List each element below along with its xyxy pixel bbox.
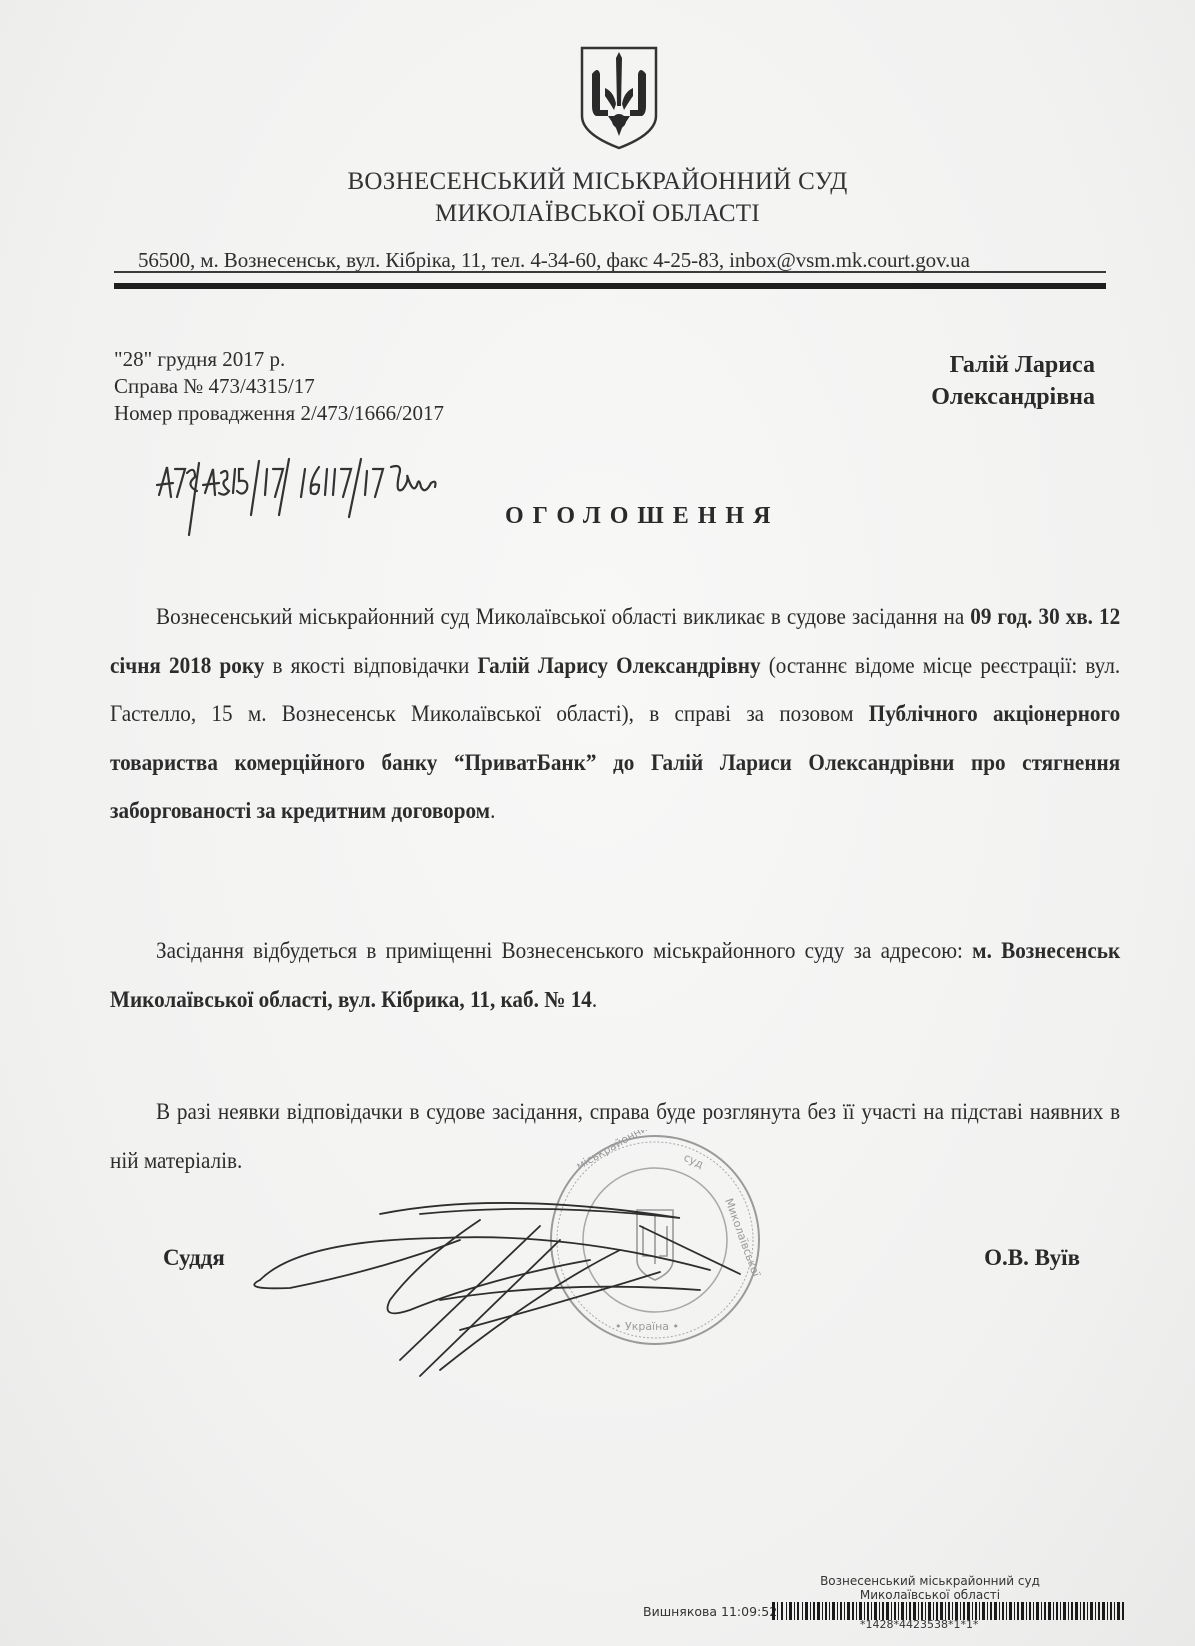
case-number: Справа № 473/4315/17	[114, 373, 444, 400]
recipient-name-line2: Олександрівна	[931, 381, 1095, 413]
trident-emblem-icon	[578, 44, 660, 152]
court-name-line1: ВОЗНЕСЕНСЬКИЙ МІСЬКРАЙОННИЙ СУД	[0, 166, 1195, 198]
footer-court-line1: Вознесенський міськрайонний суд	[780, 1574, 1080, 1588]
proceeding-number: Номер провадження 2/473/1666/2017	[114, 400, 444, 427]
summons-text: в якості відповідачки	[264, 653, 477, 678]
handwritten-outgoing-number: 473/4315/17/ 16117/17 вих	[155, 455, 485, 540]
summons-text: Вознесенський міськрайонний суд Миколаїв…	[156, 604, 970, 629]
letterhead-rule-thin	[114, 271, 1106, 273]
notice-paragraph-location: Засідання відбудеться в приміщенні Возне…	[110, 927, 1120, 1024]
judge-name: О.В. Вуїв	[984, 1245, 1080, 1271]
letterhead-rule-thick	[114, 283, 1106, 289]
footer-clerk-time: Вишнякова 11:09:52	[643, 1604, 777, 1619]
notice-paragraph-summons: Вознесенський міськрайонний суд Миколаїв…	[110, 593, 1120, 836]
court-address: 56500, м. Вознесенськ, вул. Кібріка, 11,…	[138, 248, 970, 273]
judge-label: Суддя	[163, 1245, 225, 1271]
document-date: "28" грудня 2017 р.	[114, 346, 444, 373]
recipient-block: Галій Лариса Олександрівна	[931, 349, 1095, 413]
location-text: .	[592, 987, 597, 1012]
location-text: Засідання відбудеться в приміщенні Возне…	[156, 938, 972, 963]
judge-signature	[240, 1180, 800, 1380]
document-meta: "28" грудня 2017 р. Справа № 473/4315/17…	[114, 346, 444, 427]
barcode-number: *1428*4423538*1*1*	[860, 1618, 978, 1628]
defendant-name: Галій Ларису Олександрівну	[478, 653, 761, 678]
footer-court-line2: Миколаївської області	[780, 1588, 1080, 1602]
summons-text: .	[490, 798, 495, 823]
recipient-name-line1: Галій Лариса	[931, 349, 1095, 381]
court-name-line2: МИКОЛАЇВСЬКОЇ ОБЛАСТІ	[0, 198, 1195, 230]
document-page: ВОЗНЕСЕНСЬКИЙ МІСЬКРАЙОННИЙ СУД МИКОЛАЇВ…	[0, 0, 1195, 1646]
svg-text:суд: суд	[682, 1151, 706, 1171]
notice-heading: ОГОЛОШЕННЯ	[505, 503, 779, 530]
